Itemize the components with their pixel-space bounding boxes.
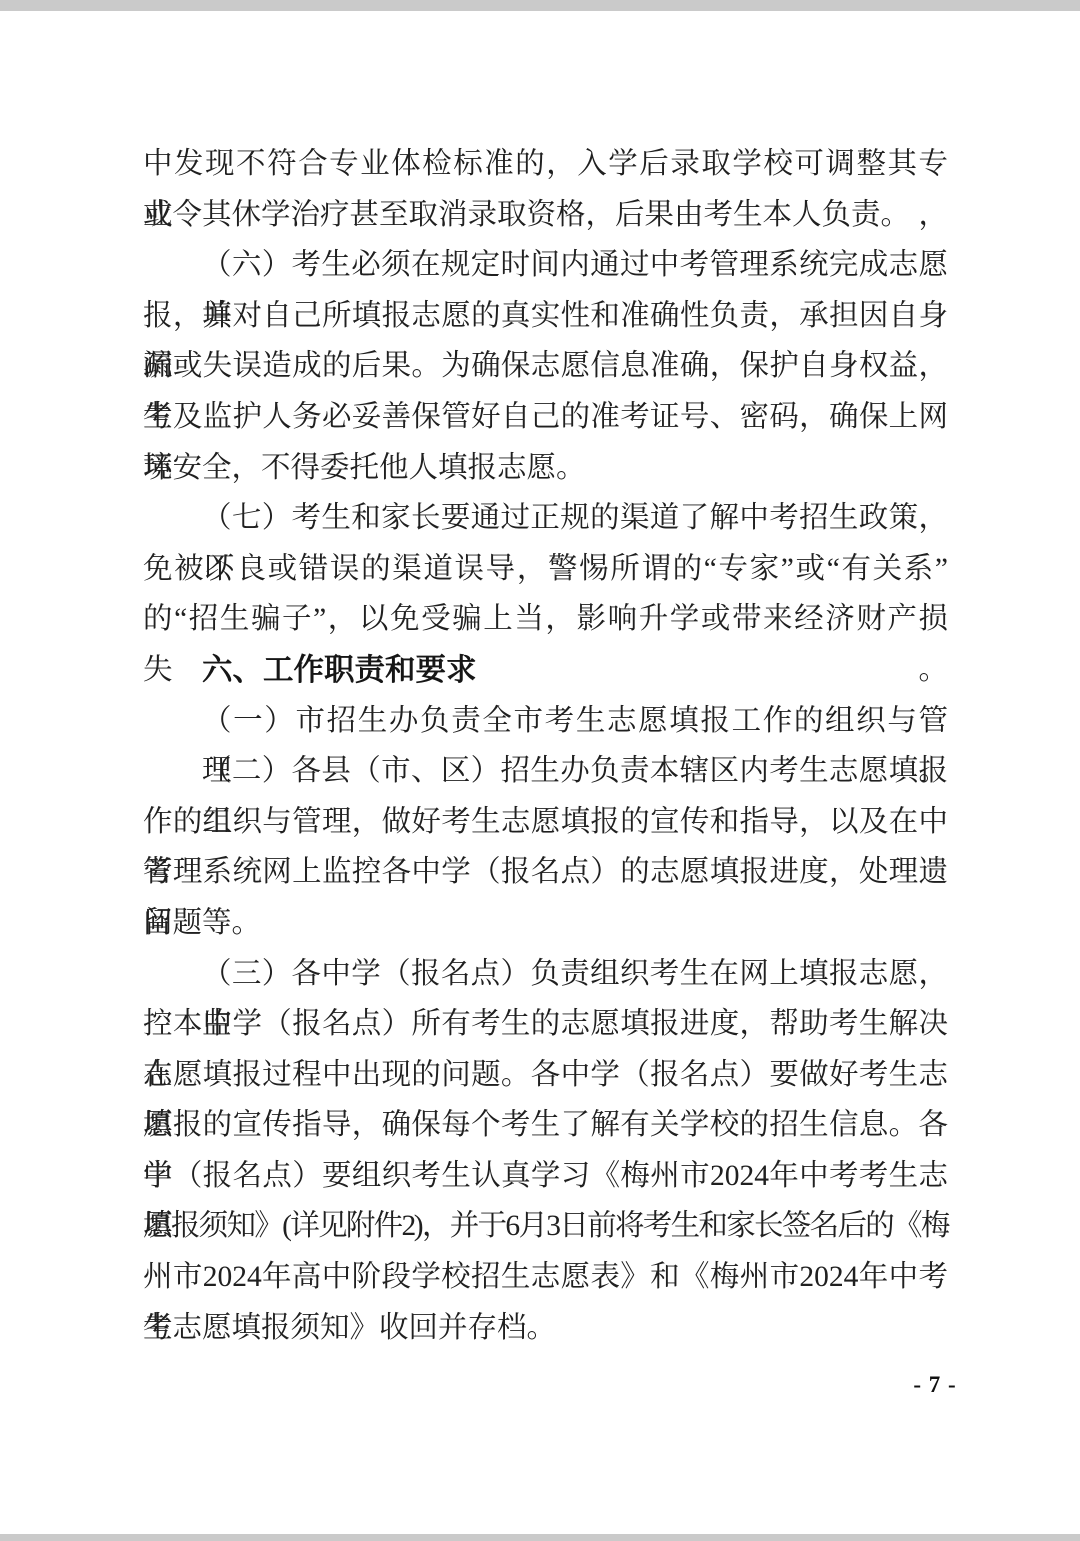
scan-edge-top (0, 0, 1080, 11)
text-line: （六）考生必须在规定时间内通过中考管理系统完成志愿填 (143, 240, 948, 291)
document-page: 中发现不符合专业体检标准的，入学后录取学校可调整其专业， 或令其休学治疗甚至取消… (0, 0, 1080, 1541)
text-line: 报，并对自己所填报志愿的真实性和准确性负责，承担因自身疏 (143, 291, 948, 342)
text-line: 免被不良或错误的渠道误导，警惕所谓的“专家”或“有关系” (143, 544, 948, 595)
text-line: 控本中学（报名点）所有考生的志愿填报进度，帮助考生解决在 (143, 999, 948, 1050)
text-line: 生及监护人务必妥善保管好自己的准考证号、密码，确保上网环 (143, 392, 948, 443)
text-line: 志愿填报过程中出现的问题。各中学（报名点）要做好考生志愿 (143, 1050, 948, 1101)
text-line: 中发现不符合专业体检标准的，入学后录取学校可调整其专业， (143, 139, 948, 190)
document-text-block: 中发现不符合专业体检标准的，入学后录取学校可调整其专业， 或令其休学治疗甚至取消… (143, 139, 948, 1353)
text-line: （二）各县（市、区）招生办负责本辖区内考生志愿填报工 (143, 746, 948, 797)
text-line: 管理系统网上监控各中学（报名点）的志愿填报进度，处理遗留 (143, 847, 948, 898)
text-line: 填报须知》(详见附件2)，并于6月3日前将考生和家长签名后的《梅 (143, 1201, 948, 1252)
text-line: （七）考生和家长要通过正规的渠道了解中考招生政策，以 (143, 493, 948, 544)
text-line: 境安全，不得委托他人填报志愿。 (143, 443, 948, 494)
text-line: （一）市招生办负责全市考生志愿填报工作的组织与管理。 (143, 696, 948, 747)
text-line: （三）各中学（报名点）负责组织考生在网上填报志愿，监 (143, 949, 948, 1000)
page-number: - 7 - (905, 1372, 965, 1398)
text-line: 学（报名点）要组织考生认真学习《梅州市2024年中考考生志愿 (143, 1151, 948, 1202)
text-line: 或令其休学治疗甚至取消录取资格，后果由考生本人负责。 (143, 190, 948, 241)
text-line: 作的组织与管理，做好考生志愿填报的宣传和指导，以及在中考 (143, 797, 948, 848)
text-line: 漏或失误造成的后果。为确保志愿信息准确，保护自身权益，考 (143, 341, 948, 392)
text-line: 填报的宣传指导，确保每个考生了解有关学校的招生信息。各中 (143, 1100, 948, 1151)
text-line: 生志愿填报须知》收回并存档。 (143, 1303, 948, 1354)
scan-edge-bottom (0, 1534, 1080, 1541)
text-line: 问题等。 (143, 898, 948, 949)
text-line: 的“招生骗子”，以免受骗上当，影响升学或带来经济财产损失。 (143, 594, 948, 645)
text-line: 州市2024年高中阶段学校招生志愿表》和《梅州市2024年中考考 (143, 1252, 948, 1303)
